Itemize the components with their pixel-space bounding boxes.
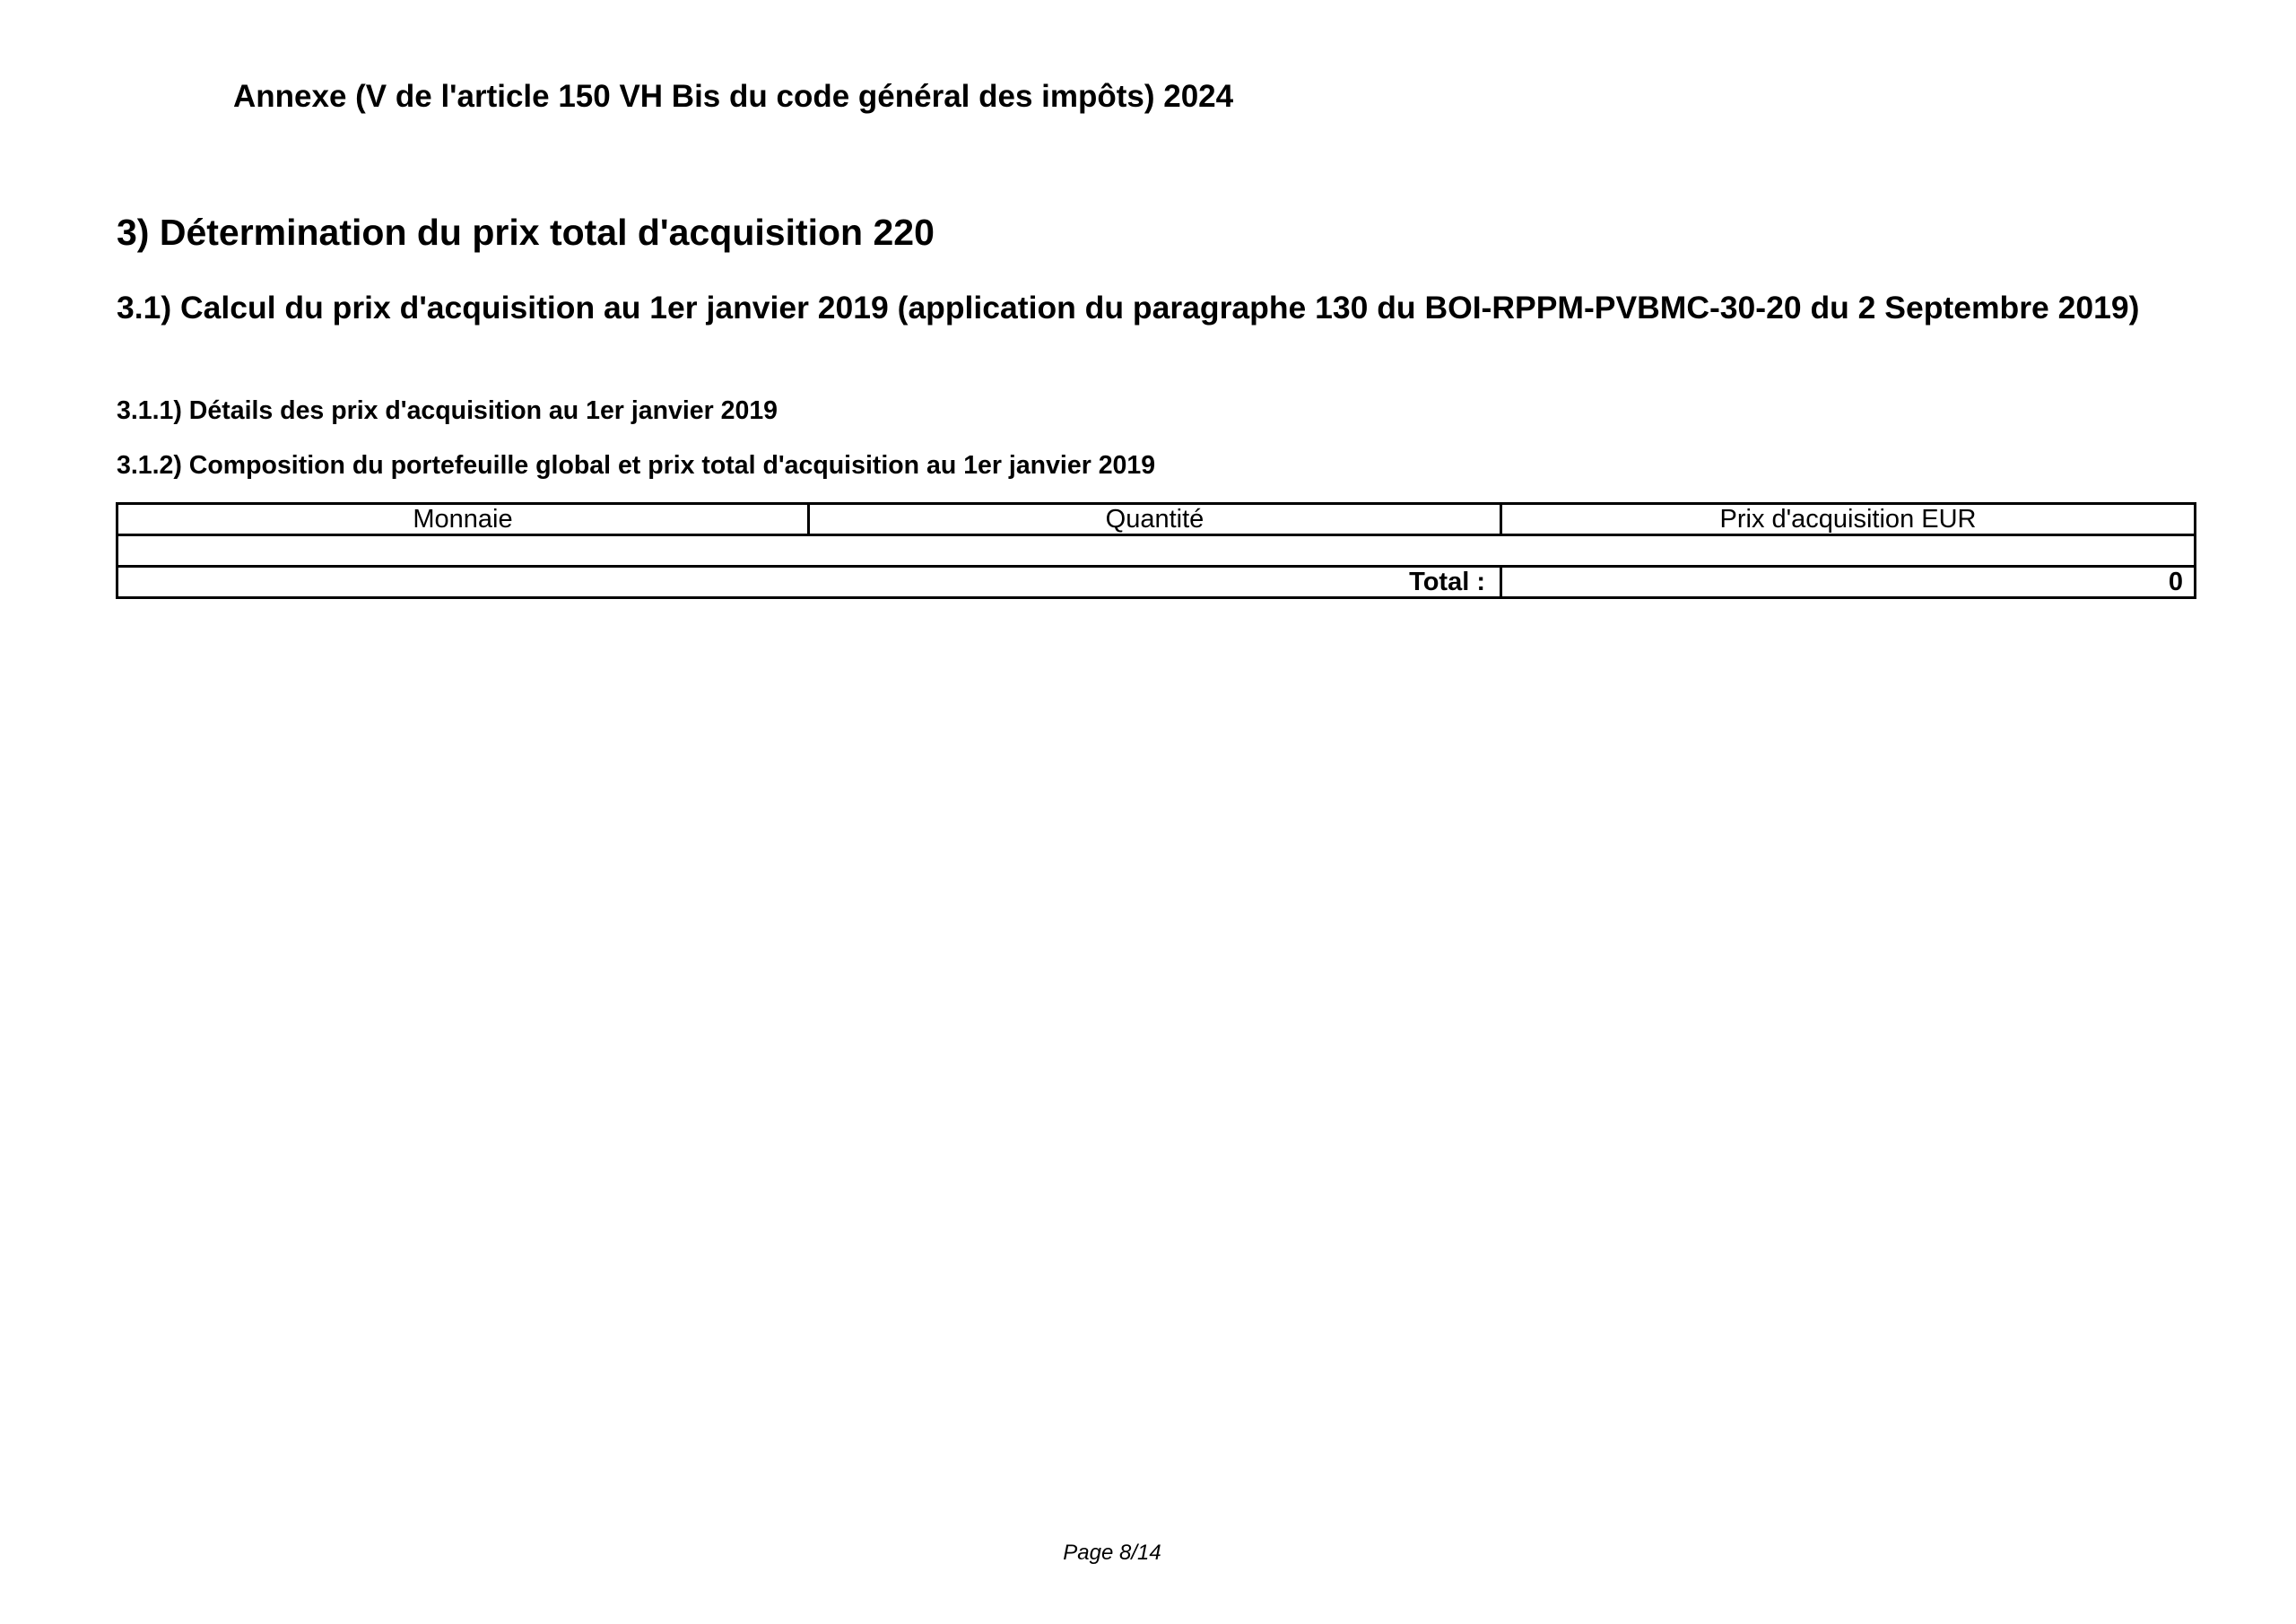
portfolio-table: Monnaie Quantité Prix d'acquisition EUR … [116, 502, 2196, 599]
page-number: Page 8/14 [0, 1541, 2224, 1566]
column-header-quantite: Quantité [809, 504, 1501, 535]
empty-row-cell [117, 535, 2196, 567]
column-header-monnaie: Monnaie [117, 504, 809, 535]
annex-title: Annexe (V de l'article 150 VH Bis du cod… [233, 79, 1233, 115]
total-value: 0 [1501, 567, 2196, 598]
total-row: Total : 0 [117, 567, 2196, 598]
empty-table-row [117, 535, 2196, 567]
column-header-prix-acquisition: Prix d'acquisition EUR [1501, 504, 2196, 535]
section-3-1-heading: 3.1) Calcul du prix d'acquisition au 1er… [117, 287, 2206, 328]
total-label: Total : [117, 567, 1501, 598]
table-header-row: Monnaie Quantité Prix d'acquisition EUR [117, 504, 2196, 535]
section-3-heading: 3) Détermination du prix total d'acquisi… [117, 212, 935, 254]
section-3-1-1-heading: 3.1.1) Détails des prix d'acquisition au… [117, 396, 778, 426]
section-3-1-2-heading: 3.1.2) Composition du portefeuille globa… [117, 451, 1155, 481]
